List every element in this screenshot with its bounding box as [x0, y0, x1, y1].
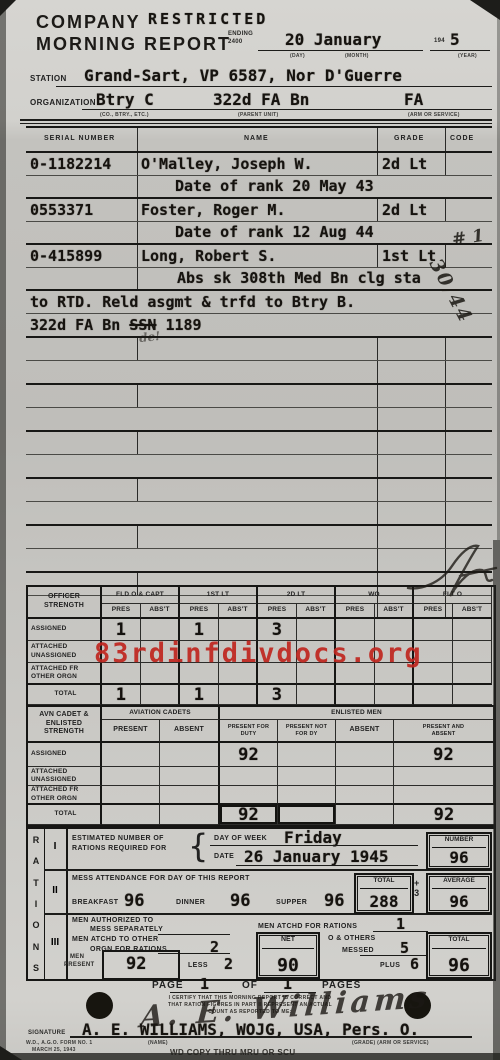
year-sublabel: (YEAR) [458, 53, 477, 59]
abst-header: ABS'T [219, 604, 258, 619]
form-number-line1: W.D., A.G.O. FORM NO. 1 [26, 1040, 92, 1046]
col-absent-em: ABSENT [336, 720, 394, 743]
date-underline [258, 50, 423, 51]
signature-label: SIGNATURE [28, 1030, 66, 1036]
year-underline [430, 50, 490, 51]
mess-total-value: 288 [356, 892, 412, 911]
band-separator-2 [44, 913, 492, 915]
roster-note-row: Date of rank 12 Aug 44 [26, 222, 492, 245]
scan-edge-bottom [0, 1053, 500, 1060]
punch-hole [86, 992, 113, 1019]
divide-by-three: +3 [414, 879, 419, 899]
grade: 2d Lt [382, 201, 427, 219]
total-2d-pres: 3 [258, 685, 297, 705]
officer-strength-label: OFFICER STRENGTH [28, 587, 102, 619]
number-box: NUMBER 96 [426, 832, 492, 870]
plus-label: PLUS [380, 962, 400, 969]
pres-header: PRES [258, 604, 297, 619]
men-present-value: 92 [126, 954, 146, 974]
organization-underline [82, 109, 492, 110]
estimated-label-2: RATIONS REQUIRED FOR [72, 845, 167, 852]
men-atchd-rations-label: MEN ATCHD FOR RATIONS [258, 923, 357, 930]
col-grade: GRADE [394, 135, 424, 142]
of-label: OF [242, 980, 258, 991]
row-assigned-label: ASSIGNED [28, 619, 102, 641]
date-label: DATE [214, 853, 234, 860]
mess-attendance-header: MESS ATTENDANCE FOR DAY OF THIS REPORT [72, 875, 250, 882]
remark: Date of rank 20 May 43 [175, 177, 374, 195]
organization-parent: 322d FA Bn [213, 90, 309, 109]
roster-continuation-row: to RTD. Reld asgmt & trfd to Btry B. [26, 291, 492, 314]
org-arm-sublabel: (ARM OR SERVICE) [408, 112, 460, 118]
net-value: 90 [258, 955, 318, 976]
name: Foster, Roger M. [141, 201, 286, 219]
col-code: CODE [450, 135, 474, 142]
form-title-line1: COMPANY [36, 12, 141, 33]
total-1st-pres: 1 [180, 685, 219, 705]
mess-separately-blank [158, 934, 230, 935]
supper-label: SUPPER [276, 899, 307, 906]
row-total-label: TOTAL [28, 805, 102, 825]
rations-date-value: 26 January 1945 [244, 847, 389, 866]
ssn-number: 1189 [165, 316, 201, 334]
total-present-and-absent: 92 [394, 805, 494, 825]
scan-edge-right [493, 540, 500, 1060]
men-present-box: 92 [102, 950, 180, 980]
enlisted-strength-label: AVN CADET & ENLISTED STRENGTH [28, 707, 102, 743]
org-unit-sublabel: (CO., BTRY., ETC.) [100, 112, 149, 118]
station-value: Grand-Sart, VP 6587, Nor D'Guerre [84, 66, 402, 85]
group-enlisted-men: ENLISTED MEN [220, 707, 494, 720]
col-present-for-duty: PRESENT FOR DUTY [220, 720, 278, 743]
o-and-others-label: O & OTHERS [328, 935, 376, 942]
report-date-value: 20 January [285, 30, 381, 49]
mess-total-box: TOTAL 288 [354, 873, 414, 914]
section-numeral-ii: II [44, 885, 66, 896]
total-present-for-duty: 92 [220, 805, 278, 825]
year-typed: 5 [450, 30, 460, 49]
col-serial-number: SERIAL NUMBER [44, 135, 115, 142]
grade: 2d Lt [382, 155, 427, 173]
assigned-present-for-duty: 92 [220, 743, 278, 767]
less-label: LESS [188, 962, 208, 969]
form-title-line2: MORNING REPORT [36, 34, 231, 55]
supper-value: 96 [324, 891, 344, 911]
rations-total-label: TOTAL [428, 936, 490, 943]
row-attached-fr-label: ATTACHED FR OTHER ORGN [28, 663, 102, 685]
abst-header: ABS'T [375, 604, 414, 619]
number-value: 96 [428, 848, 490, 867]
handwritten-initials-scribble [400, 540, 500, 598]
abst-header: ABS'T [297, 604, 336, 619]
rations-section: RATIONS I II III ESTIMATED NUMBER OF RAT… [26, 827, 496, 981]
col-present-and-absent: PRESENT AND ABSENT [394, 720, 494, 743]
brace-glyph: { [188, 827, 208, 865]
row-assigned-label: ASSIGNED [28, 743, 102, 767]
mess-total-label: TOTAL [356, 877, 412, 884]
page-label: PAGE [152, 980, 184, 991]
roster-row: 0-1182214 O'Malley, Joseph W. 2d Lt [26, 153, 492, 176]
rations-vertical-label: RATIONS [28, 829, 45, 979]
net-label: NET [258, 936, 318, 943]
pres-header: PRES [180, 604, 219, 619]
station-label: STATION [30, 74, 67, 83]
organization-unit: Btry C [96, 90, 154, 109]
average-value: 96 [428, 892, 490, 911]
abst-header: ABS'T [453, 604, 492, 619]
organization-arm: FA [404, 90, 423, 109]
roster-row: 0-415899 Long, Robert S. 1st Lt [26, 245, 492, 268]
name-sublabel: (NAME) [148, 1040, 168, 1046]
morning-report-scan: COMPANY RESTRICTED MORNING REPORT ENDING… [0, 0, 500, 1060]
unit-text: 322d FA Bn [30, 316, 120, 334]
scan-corner-top-right [470, 0, 500, 20]
day-of-week-label: DAY OF WEEK [214, 835, 267, 842]
month-sublabel: (MONTH) [345, 53, 369, 59]
section-numeral-i: I [44, 841, 66, 852]
roster-header-row: SERIAL NUMBER NAME GRADE CODE [26, 126, 492, 153]
group-1st-lt: 1ST LT [180, 587, 258, 604]
breakfast-label: BREAKFAST [72, 899, 118, 906]
page-number: 1 [200, 975, 209, 993]
men-present-label-2: PRESENT [64, 962, 94, 968]
dinner-label: DINNER [176, 899, 205, 906]
serial-number: 0553371 [30, 201, 93, 219]
col-present: PRESENT [102, 720, 160, 743]
header-rule-1 [20, 119, 492, 121]
group-fld-o-capt: FLD O & CAPT [102, 587, 180, 604]
rations-numeral-column: I II III [44, 829, 68, 979]
ending-time: 2400 [228, 39, 243, 45]
roster-row: 0553371 Foster, Roger M. 2d Lt [26, 199, 492, 222]
scan-corner-top-left [0, 0, 16, 16]
row-attached-unassigned-label: ATTACHED UNASSIGNED [28, 641, 102, 663]
ending-label: ENDING [228, 31, 253, 37]
station-underline [56, 86, 492, 87]
dow-underline [210, 845, 418, 846]
scan-edge-left [0, 0, 6, 1060]
row-attached-fr-label: ATTACHED FR OTHER ORGN [28, 786, 102, 805]
less-value: 2 [224, 955, 233, 973]
classification-stamp: RESTRICTED [148, 10, 268, 28]
number-label: NUMBER [428, 836, 490, 843]
pres-header: PRES [414, 604, 453, 619]
messed-label: MESSED [342, 947, 374, 954]
mess-separately-label: MESS SEPARATELY [90, 926, 163, 933]
remark: Abs sk 308th Med Bn clg sta [177, 269, 421, 287]
serial-number: 0-1182214 [30, 155, 111, 173]
year-printed: 194 [434, 38, 445, 44]
enlisted-strength-table: AVN CADET & ENLISTED STRENGTH AVIATION C… [26, 705, 496, 827]
roster-note-row: Abs sk 308th Med Bn clg sta [26, 268, 492, 291]
average-box: AVERAGE 96 [426, 873, 492, 914]
remark-continuation: 322d FA Bn SSN 1189 [30, 316, 202, 334]
row-total-label: TOTAL [28, 685, 102, 705]
rations-total-box: TOTAL 96 [426, 932, 492, 979]
section-numeral-iii: III [44, 937, 66, 948]
name: O'Malley, Joseph W. [141, 155, 313, 173]
scan-corner-bottom-left [0, 1046, 22, 1060]
men-authorized-label: MEN AUTHORIZED TO [72, 917, 153, 924]
net-box: NET 90 [256, 932, 320, 979]
serial-number: 0-415899 [30, 247, 102, 265]
remark-continuation: to RTD. Reld asgmt & trfd to Btry B. [30, 293, 355, 311]
breakfast-value: 96 [124, 891, 144, 911]
total-fld-pres: 1 [102, 685, 141, 705]
group-aviation-cadets: AVIATION CADETS [102, 707, 220, 720]
org-parent-sublabel: (PARENT UNIT) [238, 112, 278, 118]
row-attached-unassigned-label: ATTACHED UNASSIGNED [28, 767, 102, 786]
roster-continuation-row: 322d FA Bn SSN 1189 de! [26, 314, 492, 338]
men-present-label-1: MEN [70, 954, 84, 960]
plus-value: 6 [410, 955, 419, 973]
pres-header: PRES [336, 604, 375, 619]
watermark-text: 83rdinfdivdocs.org [94, 638, 423, 669]
organization-label: ORGANIZATION [30, 98, 96, 107]
dinner-value: 96 [230, 891, 250, 911]
total-present-not-for-dy [278, 805, 336, 825]
col-name: NAME [244, 135, 269, 142]
header-rule-2 [20, 123, 492, 124]
day-sublabel: (DAY) [290, 53, 305, 59]
band-separator-1 [44, 869, 492, 871]
rations-total-value: 96 [428, 955, 490, 976]
average-label: AVERAGE [428, 877, 490, 884]
rations-date-underline [236, 865, 418, 866]
estimated-label-1: ESTIMATED NUMBER OF [72, 835, 164, 842]
group-2d-lt: 2D LT [258, 587, 336, 604]
name: Long, Robert S. [141, 247, 276, 265]
pres-header: PRES [102, 604, 141, 619]
men-atchd-other-label: MEN ATCHD TO OTHER [72, 936, 158, 943]
assigned-present-and-absent: 92 [394, 743, 494, 767]
signature-underline [70, 1036, 472, 1038]
grade-arm-sublabel: (GRADE) (ARM OR SERVICE) [352, 1040, 429, 1046]
col-absent: ABSENT [160, 720, 220, 743]
col-present-not-for-dy: PRESENT NOT FOR DY [278, 720, 336, 743]
abst-header: ABS'T [141, 604, 180, 619]
roster-note-row: Date of rank 20 May 43 [26, 176, 492, 199]
remark: Date of rank 12 Aug 44 [175, 223, 374, 241]
